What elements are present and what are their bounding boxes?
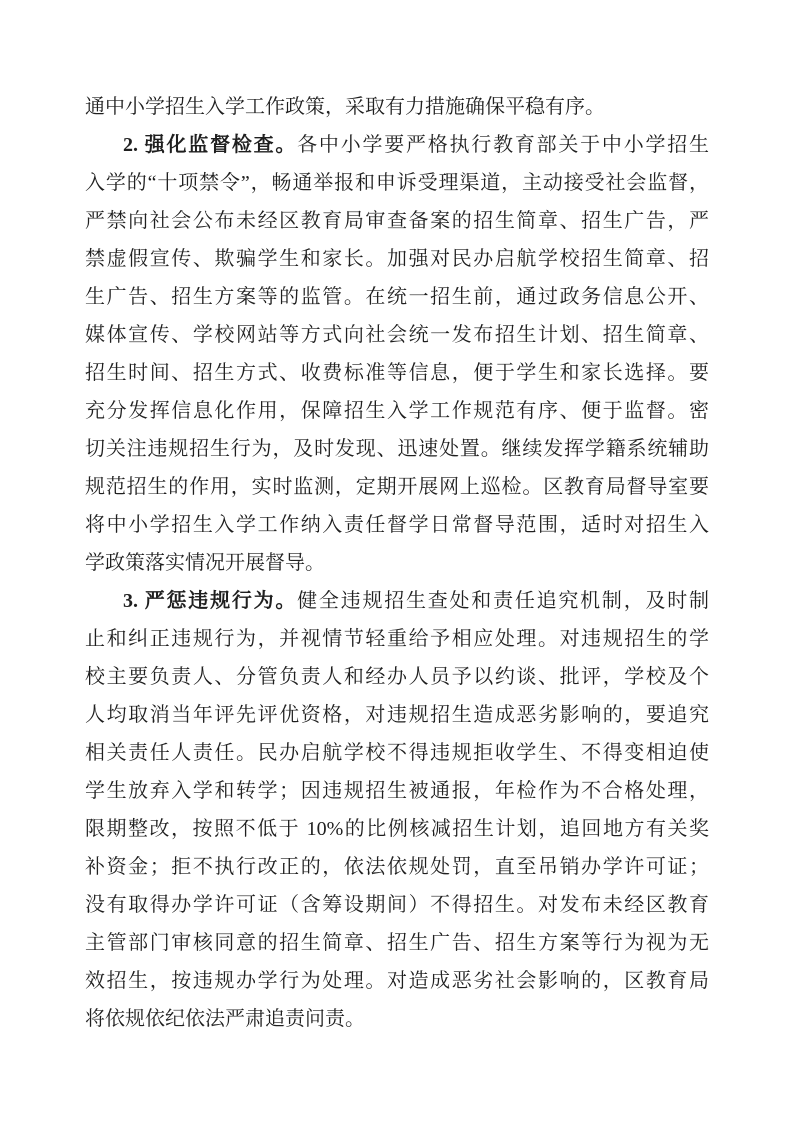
text-line: 限期整改，按照不低于 10%的比例核减招生计划，追回地方有关奖 <box>85 810 709 848</box>
text-line: 3. 严惩违规行为。健全违规招生查处和责任追究机制，及时制 <box>85 582 709 620</box>
line-text: 主管部门审核同意的招生简章、招生广告、招生方案等行为视为无 <box>85 932 709 954</box>
text-line: 止和纠正违规行为，并视情节轻重给予相应处理。对违规招生的学 <box>85 620 709 658</box>
line-text: 入学的“十项禁令”，畅通举报和申诉受理渠道，主动接受社会监督， <box>85 172 709 194</box>
text-line: 补资金；拒不执行改正的，依法依规处罚，直至吊销办学许可证； <box>85 848 709 886</box>
text-line: 招生时间、招生方式、收费标准等信息，便于学生和家长选择。要 <box>85 354 709 392</box>
text-line: 将依规依纪依法严肃追责问责。 <box>85 1000 709 1038</box>
line-text: 限期整改，按照不低于 10%的比例核减招生计划，追回地方有关奖 <box>85 818 709 840</box>
line-text: 通中小学招生入学工作政策，采取有力措施确保平稳有序。 <box>85 96 605 118</box>
line-text: 效招生，按违规办学行为处理。对造成恶劣社会影响的，区教育局 <box>85 970 709 992</box>
document-page: 通中小学招生入学工作政策，采取有力措施确保平稳有序。 2. 强化监督检查。各中小… <box>0 0 794 1122</box>
line-text: 严禁向社会公布未经区教育局审查备案的招生简章、招生广告，严 <box>85 210 709 232</box>
text-line: 通中小学招生入学工作政策，采取有力措施确保平稳有序。 <box>85 88 709 126</box>
text-line: 切关注违规招生行为，及时发现、迅速处置。继续发挥学籍系统辅助 <box>85 430 709 468</box>
line-text: 各中小学要严格执行教育部关于中小学招生 <box>297 134 709 156</box>
text-line: 将中小学招生入学工作纳入责任督学日常督导范围，适时对招生入 <box>85 506 709 544</box>
line-text: 相关责任人责任。民办启航学校不得违规拒收学生、不得变相迫使 <box>85 742 709 764</box>
text-line: 媒体宣传、学校网站等方式向社会统一发布招生计划、招生简章、 <box>85 316 709 354</box>
line-text: 禁虚假宣传、欺骗学生和家长。加强对民办启航学校招生简章、招 <box>85 248 709 270</box>
text-line: 规范招生的作用，实时监测，定期开展网上巡检。区教育局督导室要 <box>85 468 709 506</box>
line-text: 学政策落实情况开展督导。 <box>85 552 325 574</box>
section-heading: 2. 强化监督检查。 <box>123 134 297 156</box>
line-text: 人均取消当年评先评优资格，对违规招生造成恶劣影响的，要追究 <box>85 704 709 726</box>
text-line: 校主要负责人、分管负责人和经办人员予以约谈、批评，学校及个 <box>85 658 709 696</box>
text-line: 效招生，按违规办学行为处理。对造成恶劣社会影响的，区教育局 <box>85 962 709 1000</box>
text-line: 学政策落实情况开展督导。 <box>85 544 709 582</box>
text-line: 充分发挥信息化作用，保障招生入学工作规范有序、便于监督。密 <box>85 392 709 430</box>
text-line: 严禁向社会公布未经区教育局审查备案的招生简章、招生广告，严 <box>85 202 709 240</box>
line-text: 切关注违规招生行为，及时发现、迅速处置。继续发挥学籍系统辅助 <box>85 438 709 460</box>
line-text: 学生放弃入学和转学；因违规招生被通报，年检作为不合格处理， <box>85 780 709 802</box>
text-line: 没有取得办学许可证（含筹设期间）不得招生。对发布未经区教育 <box>85 886 709 924</box>
line-text: 补资金；拒不执行改正的，依法依规处罚，直至吊销办学许可证； <box>85 856 709 878</box>
text-line: 2. 强化监督检查。各中小学要严格执行教育部关于中小学招生 <box>85 126 709 164</box>
line-text: 将依规依纪依法严肃追责问责。 <box>85 1008 365 1030</box>
line-text: 招生时间、招生方式、收费标准等信息，便于学生和家长选择。要 <box>85 362 709 384</box>
text-line: 相关责任人责任。民办启航学校不得违规拒收学生、不得变相迫使 <box>85 734 709 772</box>
line-text: 生广告、招生方案等的监管。在统一招生前，通过政务信息公开、 <box>85 286 709 308</box>
line-text: 将中小学招生入学工作纳入责任督学日常督导范围，适时对招生入 <box>85 514 709 536</box>
document-text-block: 通中小学招生入学工作政策，采取有力措施确保平稳有序。 2. 强化监督检查。各中小… <box>85 88 709 1038</box>
line-text: 止和纠正违规行为，并视情节轻重给予相应处理。对违规招生的学 <box>85 628 709 650</box>
line-text: 媒体宣传、学校网站等方式向社会统一发布招生计划、招生简章、 <box>85 324 709 346</box>
line-text: 没有取得办学许可证（含筹设期间）不得招生。对发布未经区教育 <box>85 894 709 916</box>
text-line: 禁虚假宣传、欺骗学生和家长。加强对民办启航学校招生简章、招 <box>85 240 709 278</box>
section-heading: 3. 严惩违规行为。 <box>123 590 297 612</box>
line-text: 校主要负责人、分管负责人和经办人员予以约谈、批评，学校及个 <box>85 666 709 688</box>
text-line: 生广告、招生方案等的监管。在统一招生前，通过政务信息公开、 <box>85 278 709 316</box>
text-line: 学生放弃入学和转学；因违规招生被通报，年检作为不合格处理， <box>85 772 709 810</box>
text-line: 入学的“十项禁令”，畅通举报和申诉受理渠道，主动接受社会监督， <box>85 164 709 202</box>
line-text: 规范招生的作用，实时监测，定期开展网上巡检。区教育局督导室要 <box>85 476 709 498</box>
text-line: 主管部门审核同意的招生简章、招生广告、招生方案等行为视为无 <box>85 924 709 962</box>
line-text: 充分发挥信息化作用，保障招生入学工作规范有序、便于监督。密 <box>85 400 709 422</box>
line-text: 健全违规招生查处和责任追究机制，及时制 <box>297 590 709 612</box>
text-line: 人均取消当年评先评优资格，对违规招生造成恶劣影响的，要追究 <box>85 696 709 734</box>
